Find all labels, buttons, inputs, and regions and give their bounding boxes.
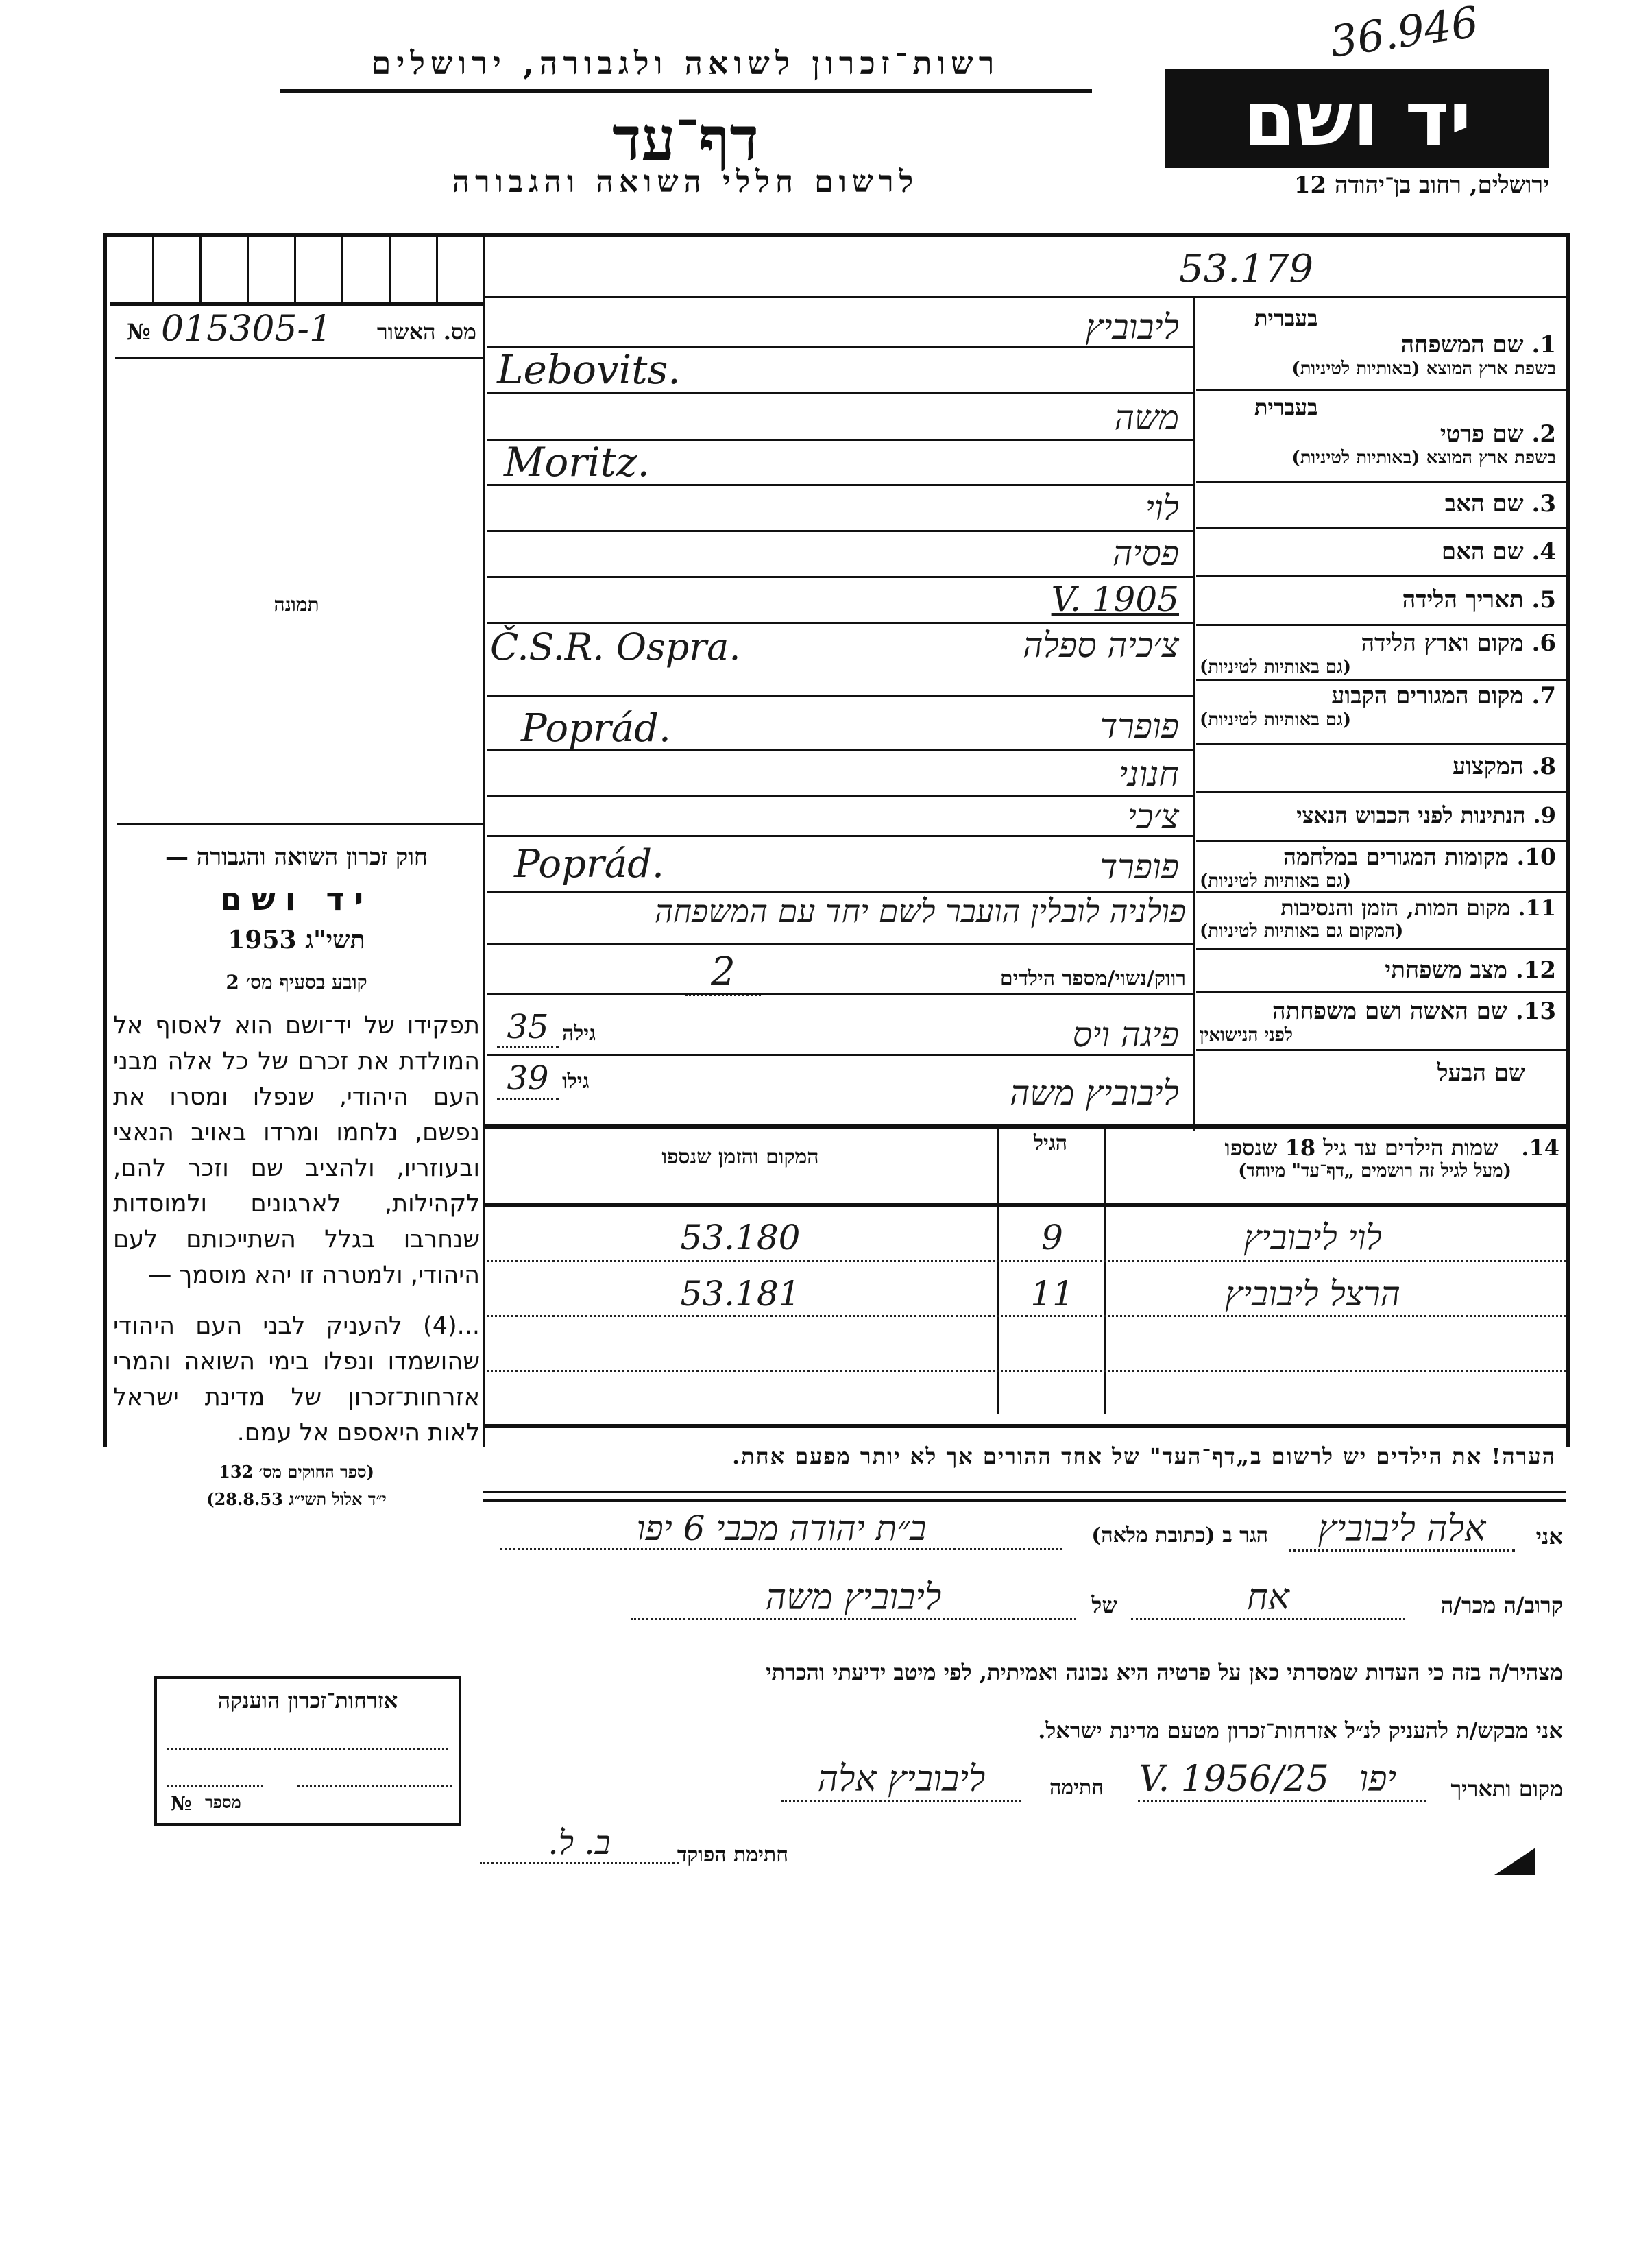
photo-placeholder: תמונה (110, 360, 483, 826)
archive-number: 36.946 (1327, 0, 1481, 67)
header-rule (280, 89, 1092, 93)
field-10-value-latin: Poprád. (514, 842, 664, 887)
field-4-value: פסיה (823, 533, 1179, 573)
field-10-label: 10. מקומות המגורים במלחמה (גם באותיות לט… (1200, 843, 1556, 891)
frame-left (103, 233, 107, 1447)
value-rule-2b (487, 484, 1193, 486)
children-header-place: המקום והזמן שנספו (494, 1145, 987, 1169)
yad-vashem-logo: יד ושם (1165, 69, 1549, 168)
field-8-value: חנוני (823, 754, 1179, 794)
value-rule-13 (487, 1054, 1193, 1056)
value-rule-9 (487, 835, 1193, 837)
field-12-label: 12. מצב משפחתי (1200, 956, 1556, 984)
record-rule (483, 296, 1566, 298)
field-1-label: בעברית 1. שם המשפחה בשפת ארץ המוצא (באות… (1200, 305, 1556, 379)
children-row-rule-2 (487, 1315, 1566, 1317)
frame-right (1566, 233, 1570, 1447)
field-6-label: 6. מקום וארץ הלידה (גם באותיות לטיניות) (1200, 629, 1556, 677)
field-7-rule (1196, 743, 1566, 745)
record-number: 53.179 (1179, 247, 1313, 291)
photo-bottom-rule (117, 823, 483, 825)
approval-rule (115, 357, 483, 359)
children-row: 53.180 9 לוי ליבוביץ (487, 1205, 1566, 1260)
children-count-value: 2 (685, 950, 761, 996)
husband-label: שם הבעל (1200, 1059, 1525, 1087)
field-2-rule (1196, 481, 1566, 483)
husband-rule (483, 1124, 1566, 1129)
declaration-line-2: קרוב/ה מכר/ה אח של ליבוביץ משה (466, 1577, 1570, 1632)
citizenship-box: אזרחות־זכרון הוענקה № מספר (154, 1676, 461, 1826)
field-10-value-hebrew: פופרד (823, 847, 1179, 887)
field-8-rule (1196, 791, 1566, 793)
value-rule-5 (487, 622, 1193, 624)
children-row-rule-3 (487, 1370, 1566, 1372)
field-7-value-latin: Poprád. (521, 706, 671, 751)
children-header-age: הגיל (1001, 1131, 1100, 1155)
field-2-value-latin: Moritz. (504, 439, 650, 485)
law-box: חוק זכרון השואה והגבורה — יד ושם תשי"ג 1… (113, 843, 480, 1510)
field-1-value-hebrew: ליבוביץ (823, 307, 1179, 347)
field-11-label: 11. מקום המות, הזמן והנסיבות (המקום גם ב… (1200, 895, 1556, 941)
value-rule-6 (487, 695, 1193, 697)
approval-number: № 015305-1 מס. האשור (127, 312, 476, 353)
institution-name: רשות־זכרון לשואה ולגבורה, ירושלים (274, 45, 1097, 82)
field-11-rule (1196, 948, 1566, 950)
field-8-label: 8. המקצוע (1200, 753, 1556, 780)
wife-age-label: גילה (562, 1022, 596, 1046)
field-12-rule (1196, 991, 1566, 993)
field-3-label: 3. שם האב (1200, 490, 1556, 518)
field-7-value-hebrew: פופרד (823, 706, 1179, 746)
wife-name-value: פיגה ויס (823, 1015, 1179, 1054)
field-2-label: בעברית 2. שם פרטי בשפת ארץ המוצא (באותיו… (1200, 394, 1556, 468)
field-2-value-hebrew: משה (823, 398, 1179, 437)
field-9-rule (1196, 840, 1566, 842)
field-4-rule (1196, 575, 1566, 577)
value-rule-4 (487, 576, 1193, 578)
note-rule-1 (483, 1491, 1566, 1493)
value-rule-3 (487, 530, 1193, 532)
field-1-value-latin: Lebovits. (497, 346, 681, 393)
form-subtitle: לרשום חללי השואה והגבורה (308, 165, 1062, 200)
value-rule-12 (487, 993, 1193, 995)
field-11-value: פולניה לובלין הועבר לשם יחד עם המשפחה (487, 893, 1186, 930)
declaration-statement: מצהיר/ה בזה כי העדות שמסרתי כאן על פרטיה… (480, 1659, 1563, 1685)
field-7-label: 7. מקום המגורים הקבוע (גם באותיות לטיניו… (1200, 682, 1556, 730)
label-column-divider (1193, 296, 1195, 1131)
official-signature-line: חתימת הפוקד ב. ל. (466, 1824, 1570, 1879)
value-rule-1b (487, 392, 1193, 394)
children-row: 53.181 11 הרצל ליבוביץ (487, 1262, 1566, 1316)
field-13-rule (1196, 1049, 1566, 1051)
husband-name-value: ליבוביץ משה (788, 1073, 1179, 1113)
field-5-label: 5. תאריך הלידה (1200, 586, 1556, 614)
children-bottom-rule (483, 1424, 1566, 1428)
field-6-value-hebrew: צ׳כיה ספלה (823, 625, 1179, 665)
wife-age-value: 35 (497, 1008, 559, 1048)
husband-age-label: גילו (562, 1070, 589, 1094)
corner-triangle-mark (1494, 1848, 1535, 1875)
left-column-divider (483, 233, 485, 1447)
field-6-rule (1196, 679, 1566, 681)
field-5-value: V. 1905 (1008, 579, 1179, 619)
field-5-rule (1196, 624, 1566, 626)
value-rule-7 (487, 749, 1193, 751)
field-9-label: 9. הנתינות לפני הכבוש הנאצי (1200, 802, 1556, 828)
field-10-rule (1196, 891, 1566, 893)
husband-age-value: 39 (497, 1059, 559, 1100)
declaration-line-signature: מקום ותאריך יפו 25/V. 1956 חתימה ליבוביץ… (466, 1755, 1570, 1817)
field-3-value: לוי (823, 488, 1179, 528)
note-text: הערה! את הילדים יש לרשום ב„דף־העד" של אח… (494, 1443, 1556, 1469)
field-12-inline-label: רווק/נשוי/מספר הילדים (775, 967, 1186, 991)
field-1-rule (1196, 389, 1566, 391)
field-9-value: צ׳כי (823, 797, 1179, 836)
value-rule-11 (487, 943, 1193, 945)
field-6-value-latin: Č.S.R. Ospra. (490, 625, 741, 668)
field-4-label: 4. שם האם (1200, 538, 1556, 566)
field-13-label: 13. שם האשה ושם משפחתה לפני הנישואין (1200, 998, 1556, 1046)
field-3-rule (1196, 527, 1566, 529)
declaration-line-1: אני אלה ליבוביץ הגר ב (כתובת מלאה) ב״ת י… (466, 1508, 1570, 1563)
address: ירושלים, רחוב בן־יהודה 12 (1165, 171, 1549, 199)
top-code-boxes (107, 237, 483, 302)
children-header-title: 14. שמות הילדים עד גיל 18 שנספו (מעל לגי… (1107, 1135, 1559, 1181)
declaration-request: אני מבקש/ת להעניק לנ״ל אזרחות־זכרון מטעם… (480, 1717, 1563, 1744)
boxes-bottom-rule (110, 302, 483, 306)
note-rule-2 (483, 1499, 1566, 1502)
